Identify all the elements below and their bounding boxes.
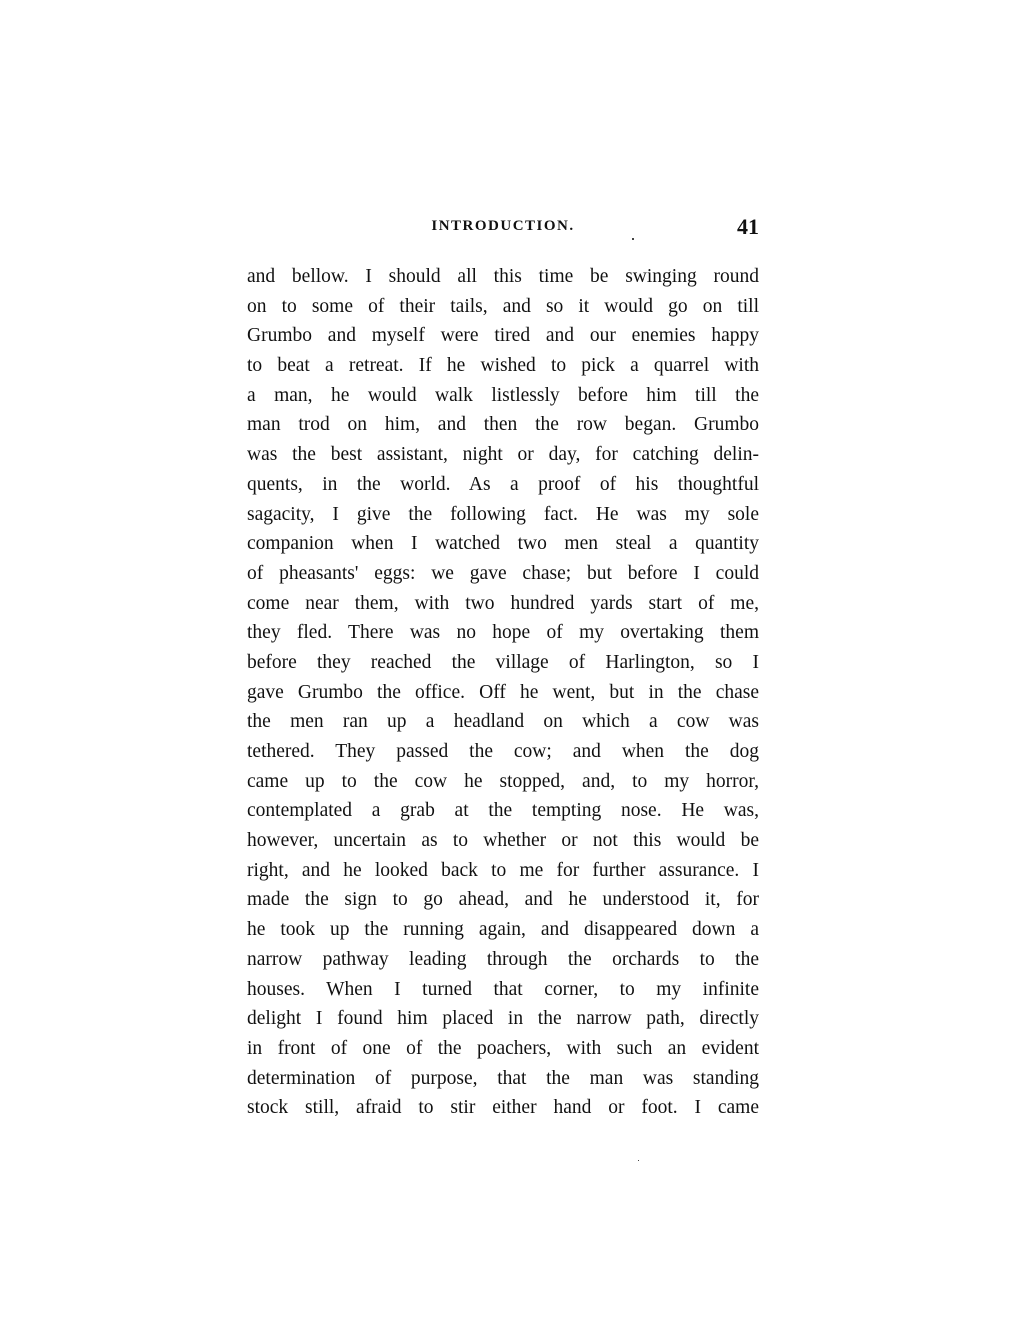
text-line: determination of purpose, that the man w… <box>247 1064 759 1094</box>
text-line: companion when I watched two men steal a… <box>247 529 759 559</box>
text-line: Grumbo and myself were tired and our ene… <box>247 321 759 351</box>
text-line: sagacity, I give the following fact. He … <box>247 500 759 530</box>
text-line: contemplated a grab at the tempting nose… <box>247 796 759 826</box>
text-line: man trod on him, and then the row began.… <box>247 410 759 440</box>
text-line: before they reached the village of Harli… <box>247 648 759 678</box>
page-number: 41 <box>737 214 759 240</box>
text-line: however, uncertain as to whether or not … <box>247 826 759 856</box>
text-line: houses. When I turned that corner, to my… <box>247 975 759 1005</box>
text-line: they fled. There was no hope of my overt… <box>247 618 759 648</box>
text-line: gave Grumbo the office. Off he went, but… <box>247 678 759 708</box>
text-line: he took up the running again, and disapp… <box>247 915 759 945</box>
text-line: the men ran up a headland on which a cow… <box>247 707 759 737</box>
text-line: made the sign to go ahead, and he unders… <box>247 885 759 915</box>
text-line: right, and he looked back to me for furt… <box>247 856 759 886</box>
text-line: on to some of their tails, and so it wou… <box>247 292 759 322</box>
text-line: was the best assistant, night or day, fo… <box>247 440 759 470</box>
print-speck <box>632 238 634 240</box>
print-speck <box>638 1160 639 1161</box>
text-line: delight I found him placed in the narrow… <box>247 1004 759 1034</box>
text-line: and bellow. I should all this time be sw… <box>247 262 759 292</box>
text-line: of pheasants' eggs: we gave chase; but b… <box>247 559 759 589</box>
running-head: INTRODUCTION. 41 <box>247 214 759 244</box>
text-line: in front of one of the poachers, with su… <box>247 1034 759 1064</box>
text-line: quents, in the world. As a proof of his … <box>247 470 759 500</box>
text-line: to beat a retreat. If he wished to pick … <box>247 351 759 381</box>
chapter-title: INTRODUCTION. <box>247 218 759 235</box>
book-page: INTRODUCTION. 41 and bellow. I should al… <box>0 0 1033 1339</box>
text-line: stock still, afraid to stir either hand … <box>247 1093 759 1123</box>
text-line: came up to the cow he stopped, and, to m… <box>247 767 759 797</box>
text-line: tethered. They passed the cow; and when … <box>247 737 759 767</box>
text-line: a man, he would walk listlessly before h… <box>247 381 759 411</box>
text-line: come near them, with two hundred yards s… <box>247 589 759 619</box>
text-line: narrow pathway leading through the orcha… <box>247 945 759 975</box>
body-text: and bellow. I should all this time be sw… <box>247 262 759 1123</box>
